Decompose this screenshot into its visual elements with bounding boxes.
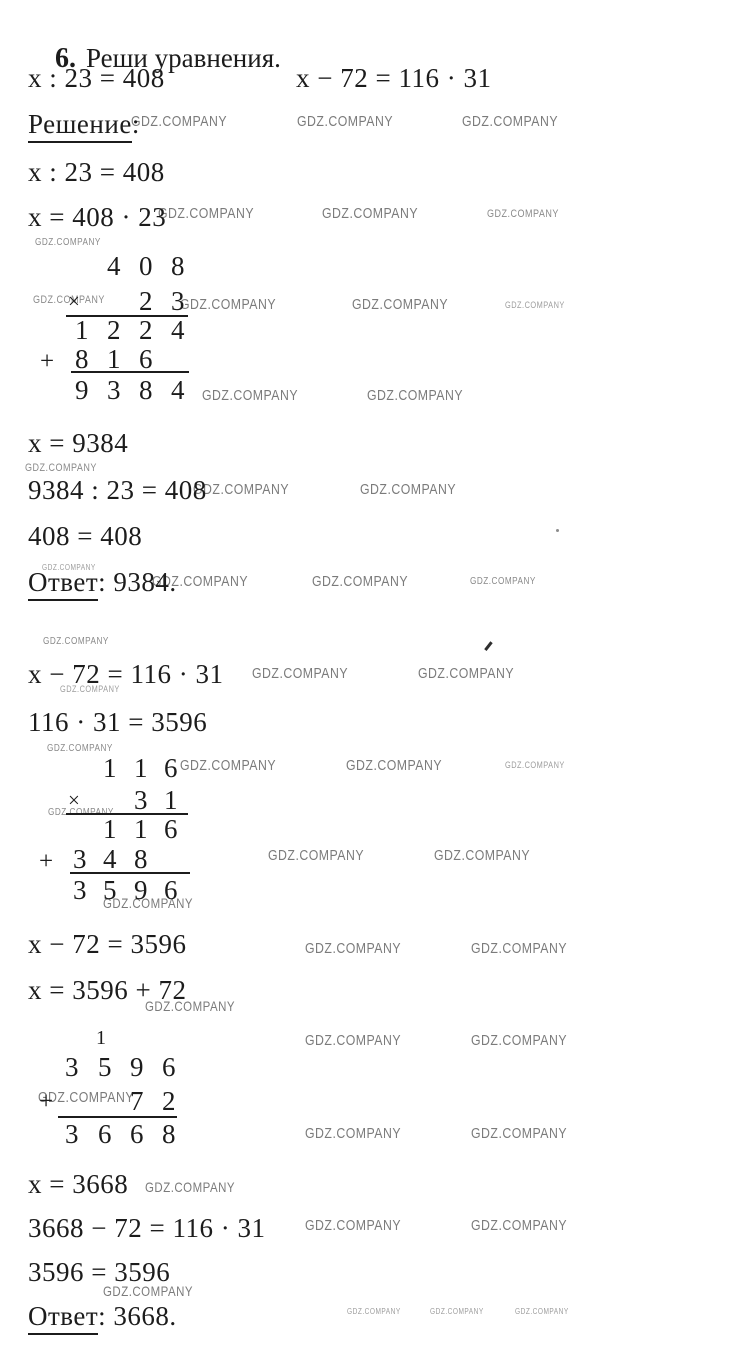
digit: 8: [171, 253, 185, 280]
watermark-text: GDZ.COMPANY: [297, 114, 393, 129]
digit: 8: [75, 346, 89, 373]
digit: 5: [103, 877, 117, 904]
digit: 2: [162, 1088, 176, 1115]
math-line-segment: 3668 − 72 = 116 · 31: [28, 1213, 265, 1243]
digit: 5: [98, 1054, 112, 1081]
watermark-text: GDZ.COMPANY: [515, 1308, 569, 1316]
watermark-text: GDZ.COMPANY: [367, 388, 463, 403]
watermark-text: GDZ.COMPANY: [360, 482, 456, 497]
digit: 1: [75, 317, 89, 344]
digit: 9: [130, 1054, 144, 1081]
math-line-segment: х = 408 · 23: [28, 202, 166, 232]
math-line: х − 72 = 116 · 31: [296, 64, 491, 94]
math-line-segment: 408 = 408: [28, 521, 142, 551]
watermark-text: GDZ.COMPANY: [305, 1126, 401, 1141]
sum-rule: [70, 872, 190, 874]
watermark-text: GDZ.COMPANY: [471, 1126, 567, 1141]
watermark-text: GDZ.COMPANY: [505, 301, 565, 310]
digit: 1: [103, 755, 117, 782]
watermark-text: GDZ.COMPANY: [252, 666, 348, 681]
digit: 0: [139, 253, 153, 280]
multiply-sign: ×: [68, 790, 80, 811]
watermark-text: GDZ.COMPANY: [25, 463, 97, 474]
watermark-text: GDZ.COMPANY: [462, 114, 558, 129]
digit: 3: [107, 377, 121, 404]
math-line: х = 3668: [28, 1170, 128, 1200]
watermark-text: GDZ.COMPANY: [322, 206, 418, 221]
watermark-text: GDZ.COMPANY: [312, 574, 408, 589]
watermark-text: GDZ.COMPANY: [434, 848, 530, 863]
math-line-underlined-word: Решение: [28, 109, 132, 143]
plus-sign: +: [39, 1089, 53, 1114]
watermark-text: GDZ.COMPANY: [158, 206, 254, 221]
watermark-text: GDZ.COMPANY: [418, 666, 514, 681]
worksheet-page: 6.Реши уравнения. GDZ.COMPANYGDZ.COMPANY…: [0, 0, 737, 1359]
digit: 2: [139, 317, 153, 344]
digit: 2: [107, 317, 121, 344]
sum-rule: [58, 1116, 177, 1118]
digit: 3: [73, 846, 87, 873]
watermark-text: GDZ.COMPANY: [430, 1308, 484, 1316]
digit: 6: [98, 1121, 112, 1148]
watermark-text: GDZ.COMPANY: [180, 758, 276, 773]
watermark-text: GDZ.COMPANY: [305, 1033, 401, 1048]
math-line: х − 72 = 116 · 31: [28, 660, 223, 690]
math-line-segment: :: [132, 109, 140, 139]
digit: 1: [134, 755, 148, 782]
watermark-text: GDZ.COMPANY: [131, 114, 227, 129]
math-line-underlined-word: Ответ: [28, 1301, 98, 1335]
math-line-segment: х − 72 = 3596: [28, 929, 186, 959]
digit: 6: [164, 816, 178, 843]
digit: 3: [73, 877, 87, 904]
math-line-segment: х = 3668: [28, 1169, 128, 1199]
digit: 4: [107, 253, 121, 280]
digit: 1: [164, 787, 178, 814]
math-line-segment: : 9384.: [98, 567, 177, 597]
watermark-text: GDZ.COMPANY: [43, 637, 109, 647]
math-line-segment: 116 · 31 = 3596: [28, 707, 207, 737]
watermark-text: GDZ.COMPANY: [35, 238, 101, 248]
digit: 1: [134, 816, 148, 843]
math-line: 3668 − 72 = 116 · 31: [28, 1214, 265, 1244]
digit: 2: [139, 288, 153, 315]
math-line-segment: х − 72 = 116 · 31: [296, 63, 491, 93]
watermark-text: GDZ.COMPANY: [305, 941, 401, 956]
math-line-segment: х : 23 = 408: [28, 157, 165, 187]
digit: 3: [171, 288, 185, 315]
plus-sign: +: [40, 349, 54, 374]
math-line: 408 = 408: [28, 522, 142, 552]
math-line-segment: 3596 = 3596: [28, 1257, 170, 1287]
math-line: 9384 : 23 = 408: [28, 476, 207, 506]
digit: 1: [103, 816, 117, 843]
math-line: х = 408 · 23: [28, 203, 166, 233]
watermark-text: GDZ.COMPANY: [487, 209, 559, 220]
digit: 6: [130, 1121, 144, 1148]
watermark-text: GDZ.COMPANY: [471, 941, 567, 956]
digit: 8: [162, 1121, 176, 1148]
stray-mark: [484, 641, 492, 650]
math-line-segment: : 3668.: [98, 1301, 177, 1331]
digit: 6: [164, 755, 178, 782]
watermark-text: GDZ.COMPANY: [347, 1308, 401, 1316]
math-line: 3596 = 3596: [28, 1258, 170, 1288]
watermark-text: GDZ.COMPANY: [305, 1218, 401, 1233]
watermark-text: GDZ.COMPANY: [471, 1033, 567, 1048]
watermark-text: GDZ.COMPANY: [352, 297, 448, 312]
digit: 9: [75, 377, 89, 404]
digit: 6: [164, 877, 178, 904]
watermark-text: GDZ.COMPANY: [470, 577, 536, 587]
math-line: х = 3596 + 72: [28, 976, 186, 1006]
sum-rule: [66, 315, 188, 317]
watermark-text: GDZ.COMPANY: [471, 1218, 567, 1233]
digit: 4: [171, 377, 185, 404]
digit: 6: [162, 1054, 176, 1081]
digit: 6: [139, 346, 153, 373]
watermark-text: GDZ.COMPANY: [145, 1180, 235, 1194]
watermark-text: GDZ.COMPANY: [193, 482, 289, 497]
plus-sign: +: [39, 849, 53, 874]
math-line-segment: х : 23 = 408: [28, 63, 165, 93]
math-line: Ответ: 3668.: [28, 1302, 177, 1332]
watermark-text: GDZ.COMPANY: [202, 388, 298, 403]
digit: 9: [134, 877, 148, 904]
sum-rule: [71, 371, 189, 373]
math-line-underlined-word: Ответ: [28, 567, 98, 601]
multiply-sign: ×: [68, 291, 80, 312]
watermark-text: GDZ.COMPANY: [268, 848, 364, 863]
math-line-segment: х = 3596 + 72: [28, 975, 186, 1005]
digit: 1: [107, 346, 121, 373]
math-line-segment: х = 9384: [28, 428, 128, 458]
math-line: х − 72 = 3596: [28, 930, 186, 960]
stray-dot: [556, 529, 559, 532]
math-line-segment: 9384 : 23 = 408: [28, 475, 207, 505]
watermark-text: GDZ.COMPANY: [180, 297, 276, 312]
math-line: х : 23 = 408: [28, 64, 165, 94]
watermark-text: GDZ.COMPANY: [346, 758, 442, 773]
digit: 8: [139, 377, 153, 404]
carry-digit: 1: [96, 1028, 106, 1048]
watermark-text: GDZ.COMPANY: [103, 896, 193, 910]
math-line: 116 · 31 = 3596: [28, 708, 207, 738]
sum-rule: [66, 813, 188, 815]
digit: 4: [103, 846, 117, 873]
watermark-text: GDZ.COMPANY: [505, 761, 565, 770]
digit: 3: [134, 787, 148, 814]
math-line-segment: х − 72 = 116 · 31: [28, 659, 223, 689]
digit: 3: [65, 1054, 79, 1081]
digit: 3: [65, 1121, 79, 1148]
digit: 7: [130, 1088, 144, 1115]
digit: 8: [134, 846, 148, 873]
math-line: Ответ: 9384.: [28, 568, 177, 598]
math-line: х : 23 = 408: [28, 158, 165, 188]
digit: 4: [171, 317, 185, 344]
math-line: х = 9384: [28, 429, 128, 459]
math-line: Решение:: [28, 110, 140, 140]
